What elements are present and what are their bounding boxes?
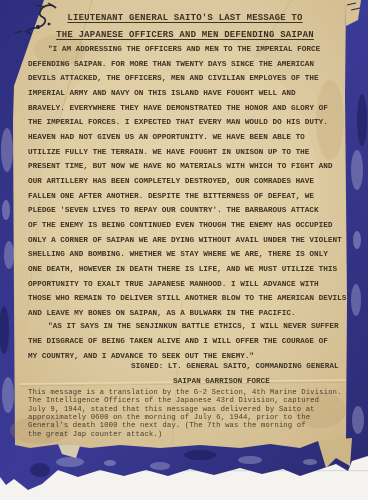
text-line: FALLEN ONE AFTER ANOTHER. DESPITE THE BI… xyxy=(28,190,348,205)
text-line: OF THE ENEMY IS BEING CONTINUED EVEN THO… xyxy=(28,219,348,234)
text-line: THE IMPERIAL FORCES. I EXPECTED THAT EVE… xyxy=(28,116,348,131)
title-line-2: THE JAPANESE OFFICERS AND MEN DEFENDING … xyxy=(40,27,330,44)
text-line: THOSE WHO REMAIN TO DELIVER STILL ANOTHE… xyxy=(28,292,348,307)
scanned-document: LIEUTENANT GENERAL SAITO'S LAST MESSAGE … xyxy=(0,0,368,500)
text-line: OUR ARTILLERY HAS BEEN COMPLETELY DESTRO… xyxy=(28,175,348,190)
text-line: "AS IT SAYS IN THE SENJINKUN BATTLE ETHI… xyxy=(28,320,348,335)
text-line: General's death 1000 the next day. (The … xyxy=(28,422,360,430)
text-line: DEFENDING SAIPAN. FOR MORE THAN TWENTY D… xyxy=(28,58,348,73)
text-line: PRESENT TIME, BUT NOW WE HAVE NO MATERIA… xyxy=(28,160,348,175)
text-line: IMPERIAL ARMY AND NAVY ON THIS ISLAND HA… xyxy=(28,87,348,102)
text-line: THE DISGRACE OF BEING TAKEN ALIVE AND I … xyxy=(28,335,348,350)
text-line: The Intelligence Officers of the Japanes… xyxy=(28,397,360,405)
text-line: PLEDGE 'SEVEN LIVES TO REPAY OUR COUNTRY… xyxy=(28,204,348,219)
text-line: HEAVEN HAD NOT GIVEN US AN OPPORTUNITY. … xyxy=(28,131,348,146)
document-title: LIEUTENANT GENERAL SAITO'S LAST MESSAGE … xyxy=(40,10,330,43)
text-line: ONE DEATH, HOWEVER IN DEATH THERE IS LIF… xyxy=(28,263,348,278)
signature-line: SIGNED: LT. GENERAL SAITO, COMMANDING GE… xyxy=(131,363,339,371)
signature-unit-line: SAIPAN GARRISON FORCE xyxy=(173,378,270,386)
text-line: approximately 0600 on the morning of Jul… xyxy=(28,414,360,422)
text-line: SHELLING AND BOMBING. WHETHER WE STAY WH… xyxy=(28,248,348,263)
translation-footnote: This message is a translation by the G-2… xyxy=(28,389,360,439)
title-line-1: LIEUTENANT GENERAL SAITO'S LAST MESSAGE … xyxy=(40,10,330,27)
body-paragraph-2: "AS IT SAYS IN THE SENJINKUN BATTLE ETHI… xyxy=(28,320,348,365)
text-line: July 9, 1944, stated that this message w… xyxy=(28,406,360,414)
text-line: UTILIZE FULLY THE TERRAIN. WE HAVE FOUGH… xyxy=(28,146,348,161)
text-line: This message is a translation by the G-2… xyxy=(28,389,360,397)
text-line: DEVILS ATTACKED, THE OFFICERS, MEN AND C… xyxy=(28,72,348,87)
body-paragraph-1: "I AM ADDRESSING THE OFFICERS AND MEN TO… xyxy=(28,43,348,321)
text-line: the great Jap counter attack.) xyxy=(28,431,360,439)
text-line: "I AM ADDRESSING THE OFFICERS AND MEN TO… xyxy=(28,43,348,58)
text-line: BRAVELY. EVERYWHERE THEY HAVE DEMONSTRAT… xyxy=(28,102,348,117)
text-line: OPPORTUNITY TO EXALT TRUE JAPANESE MANHO… xyxy=(28,278,348,293)
text-line: ONLY A CORNER OF SAIPAN WE ARE DYING WIT… xyxy=(28,234,348,249)
